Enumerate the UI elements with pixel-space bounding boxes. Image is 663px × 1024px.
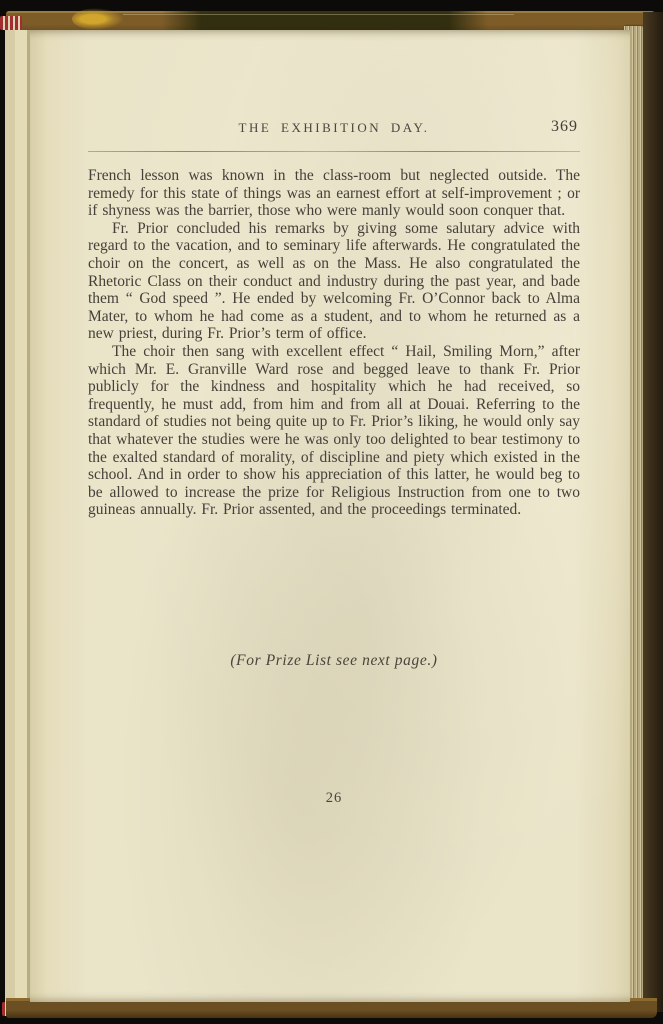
book-cover-right-edge bbox=[643, 12, 663, 1012]
page-number: 369 bbox=[551, 118, 578, 136]
page-content: THE EXHIBITION DAY. 369 French lesson wa… bbox=[88, 120, 580, 807]
headband-top bbox=[0, 16, 22, 30]
signature-mark: 26 bbox=[88, 790, 580, 807]
paragraph-2: Fr. Prior concluded his remarks by givin… bbox=[88, 220, 580, 343]
paragraph-3: The choir then sang with excellent effec… bbox=[88, 343, 580, 519]
running-head: THE EXHIBITION DAY. bbox=[88, 120, 580, 136]
book-page: THE EXHIBITION DAY. 369 French lesson wa… bbox=[30, 30, 630, 1002]
paragraph-1: French lesson was known in the class-roo… bbox=[88, 167, 580, 220]
body-text: French lesson was known in the class-roo… bbox=[88, 167, 580, 519]
book-scan-photo: { "page": { "running_head": "THE EXHIBIT… bbox=[0, 0, 663, 1024]
cover-gold-wear-patch bbox=[72, 8, 124, 30]
header-rule bbox=[88, 151, 580, 152]
page-header: THE EXHIBITION DAY. 369 bbox=[88, 120, 580, 138]
prize-list-note: (For Prize List see next page.) bbox=[88, 652, 580, 670]
